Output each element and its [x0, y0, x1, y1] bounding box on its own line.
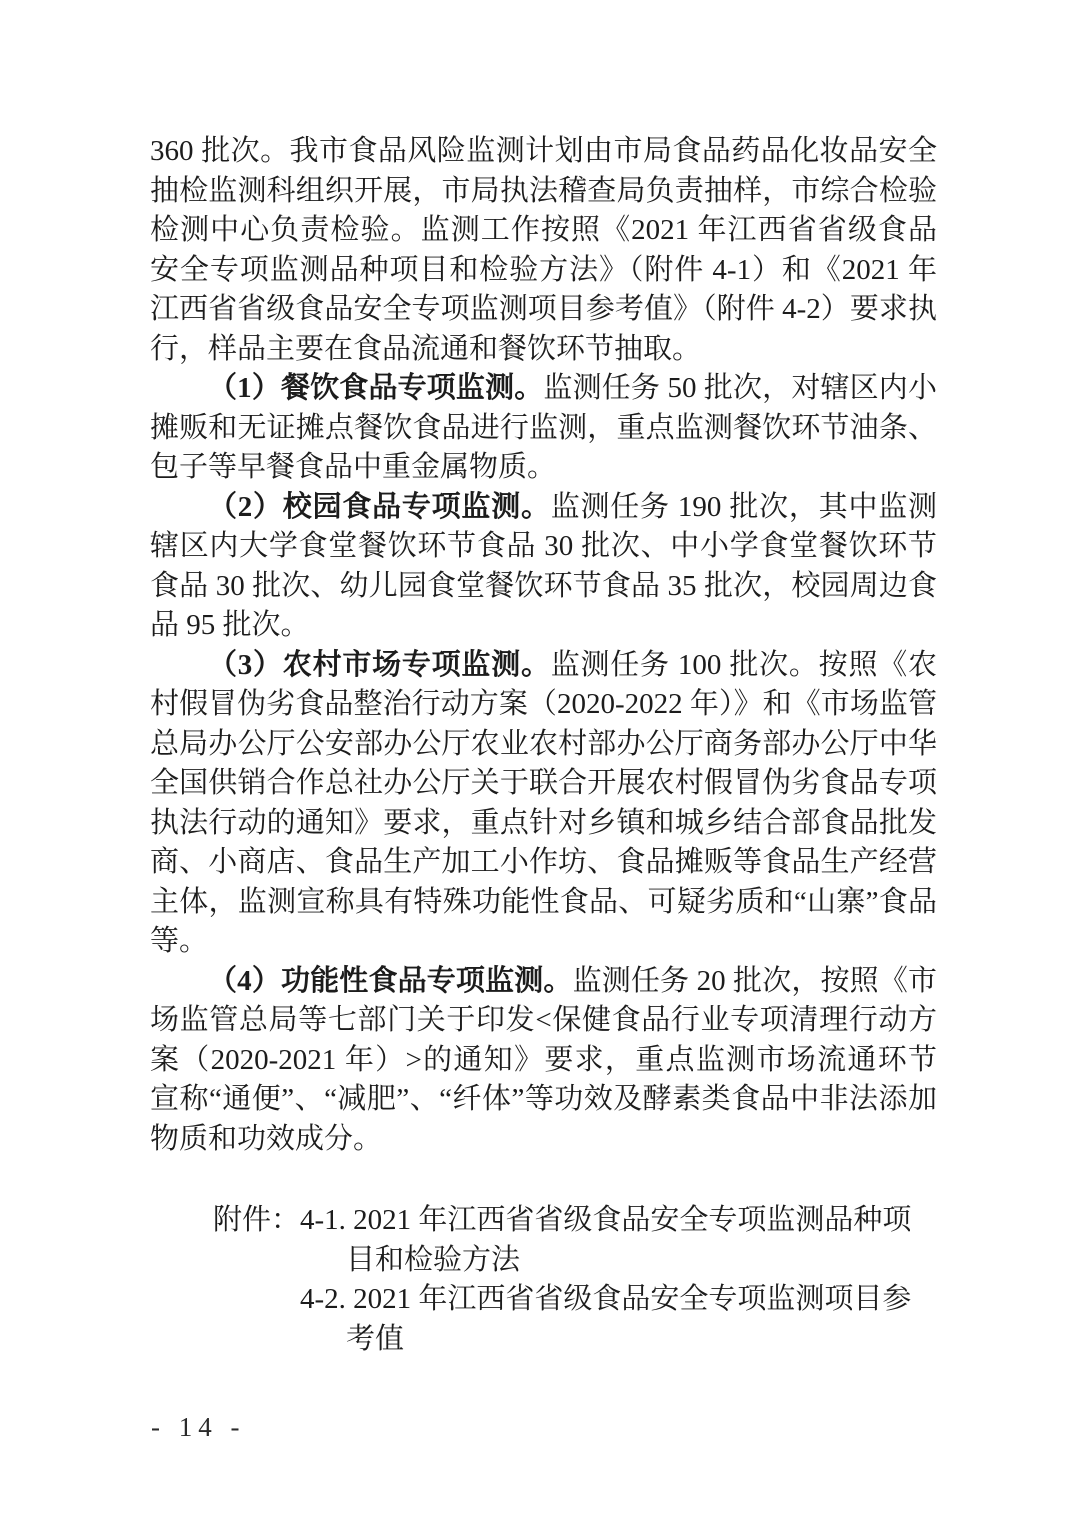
paragraph: （1）餐饮食品专项监测。监测任务 50 批次，对辖区内小摊贩和无证摊点餐饮食品进… — [150, 369, 937, 488]
paragraph-text: 360 批次。我市食品风险监测计划由市局食品药品化妆品安全抽检监测科组织开展，市… — [150, 135, 937, 365]
paragraph: （2）校园食品专项监测。监测任务 190 批次，其中监测辖区内大学食堂餐饮环节食… — [150, 488, 937, 646]
paragraph-lead: （1）餐饮食品专项监测。 — [208, 372, 543, 404]
page-number: - 14 - — [151, 1412, 245, 1443]
paragraph-text: 监测任务 100 批次。按照《农村假冒伪劣食品整治行动方案（2020-2022 … — [150, 649, 937, 958]
attachments-list: 4-1. 2021 年江西省省级食品安全专项监测品种项目和检验方法 4-2. 2… — [300, 1201, 937, 1359]
attachments-block: 附件： 4-1. 2021 年江西省省级食品安全专项监测品种项目和检验方法 4-… — [150, 1201, 937, 1359]
paragraph-lead: （4）功能性食品专项监测。 — [208, 965, 573, 997]
attachment-item: 4-2. 2021 年江西省省级食品安全专项监测项目参考值 — [300, 1280, 937, 1359]
paragraph: （4）功能性食品专项监测。监测任务 20 批次，按照《市场监管总局等七部门关于印… — [150, 962, 937, 1160]
paragraph: 360 批次。我市食品风险监测计划由市局食品药品化妆品安全抽检监测科组织开展，市… — [150, 132, 937, 369]
attachment-item: 4-1. 2021 年江西省省级食品安全专项监测品种项目和检验方法 — [300, 1201, 937, 1280]
paragraph-lead: （2）校园食品专项监测。 — [208, 491, 551, 523]
paragraph: （3）农村市场专项监测。监测任务 100 批次。按照《农村假冒伪劣食品整治行动方… — [150, 646, 937, 962]
attachments-label: 附件： — [213, 1201, 300, 1359]
paragraph-lead: （3）农村市场专项监测。 — [208, 649, 551, 681]
document-page: 360 批次。我市食品风险监测计划由市局食品药品化妆品安全抽检监测科组织开展，市… — [0, 0, 1074, 1520]
document-body: 360 批次。我市食品风险监测计划由市局食品药品化妆品安全抽检监测科组织开展，市… — [150, 132, 937, 1359]
